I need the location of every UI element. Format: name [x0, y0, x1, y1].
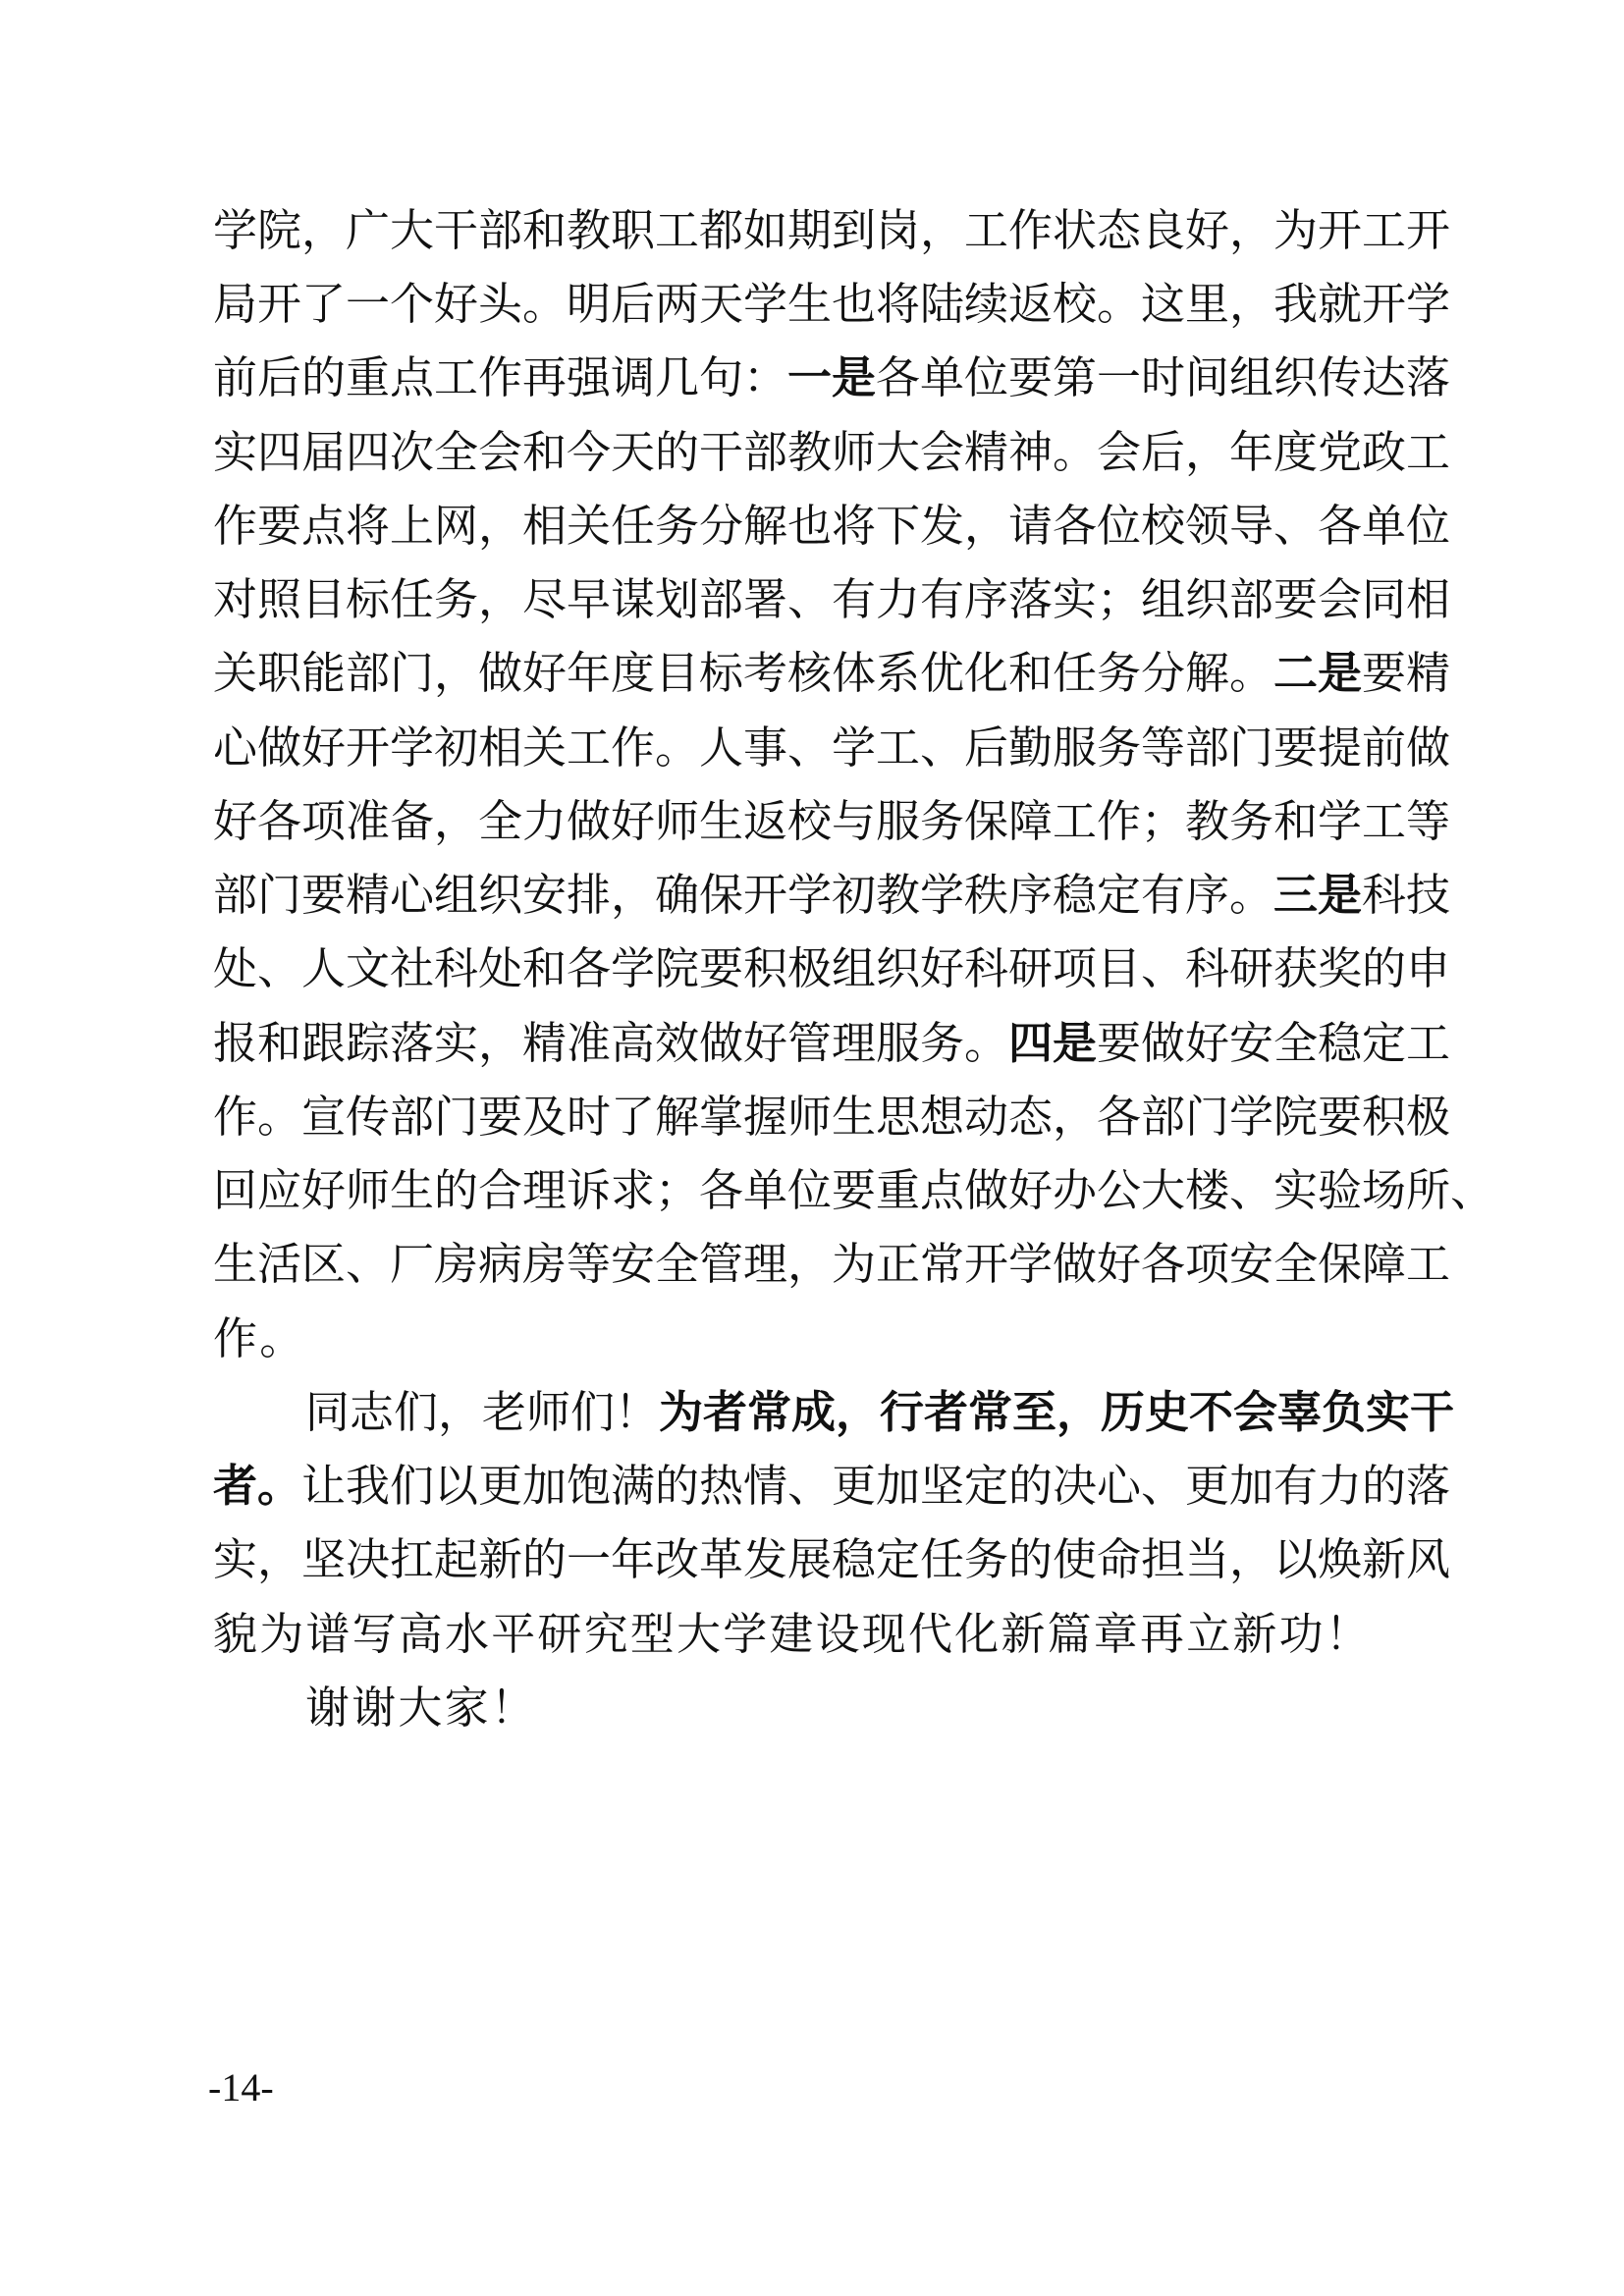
text-run: 关职能部门，做好年度目标考核体系优化和任务分解。 — [213, 647, 1273, 699]
body-line: 对照目标任务，尽早谋划部署、有力有序落实；组织部要会同相 — [213, 570, 1421, 629]
body-line: 实四届四次全会和今天的干部教师大会精神。会后，年度党政工 — [213, 423, 1421, 482]
bold-run-point-four: 四是 — [1008, 1017, 1097, 1069]
text-run: 要做好安全稳定工 — [1097, 1017, 1450, 1069]
body-line: 者。让我们以更加饱满的热情、更加坚定的决心、更加有力的落 — [213, 1457, 1421, 1516]
text-run: 作要点将上网，相关任务分解也将下发，请各位校领导、各单位 — [213, 500, 1450, 552]
text-run: 实，坚决扛起新的一年改革发展稳定任务的使命担当，以焕新风 — [213, 1533, 1450, 1585]
bold-run-quote-end: 者。 — [213, 1460, 301, 1512]
text-run: 生活区、厂房病房等安全管理，为正常开学做好各项安全保障工 — [213, 1238, 1450, 1290]
body-line: 作。宣传部门要及时了解掌握师生思想动态，各部门学院要积极 — [213, 1088, 1421, 1147]
body-line-paragraph-end: 貌为谱写高水平研究型大学建设现代化新篇章再立新功！ — [213, 1605, 1421, 1664]
text-run: 貌为谱写高水平研究型大学建设现代化新篇章再立新功！ — [213, 1608, 1372, 1660]
closing-line: 谢谢大家！ — [305, 1679, 1421, 1737]
body-line: 生活区、厂房病房等安全管理，为正常开学做好各项安全保障工 — [213, 1235, 1421, 1294]
text-run: 要精 — [1362, 647, 1450, 699]
bold-run-quote: 为者常成，行者常至，历史不会辜负实干 — [659, 1386, 1454, 1438]
text-run: 局开了一个好头。明后两天学生也将陆续返校。这里，我就开学 — [213, 278, 1450, 330]
body-line: 心做好开学初相关工作。人事、学工、后勤服务等部门要提前做 — [213, 719, 1421, 777]
text-run: 同志们，老师们！ — [305, 1386, 659, 1438]
text-run: 对照目标任务，尽早谋划部署、有力有序落实；组织部要会同相 — [213, 573, 1450, 625]
body-line: 作要点将上网，相关任务分解也将下发，请各位校领导、各单位 — [213, 497, 1421, 556]
text-run: 让我们以更加饱满的热情、更加坚定的决心、更加有力的落 — [301, 1460, 1450, 1512]
text-run: 心做好开学初相关工作。人事、学工、后勤服务等部门要提前做 — [213, 721, 1450, 774]
body-line: 回应好师生的合理诉求；各单位要重点做好办公大楼、实验场所、 — [213, 1161, 1421, 1220]
body-line: 关职能部门，做好年度目标考核体系优化和任务分解。二是要精 — [213, 644, 1421, 703]
text-run: 前后的重点工作再强调几句： — [213, 351, 787, 403]
text-run: 作。宣传部门要及时了解掌握师生思想动态，各部门学院要积极 — [213, 1091, 1450, 1143]
text-run: 科技 — [1362, 869, 1450, 921]
body-line: 部门要精心组织安排，确保开学初教学秩序稳定有序。三是科技 — [213, 866, 1421, 925]
body-line: 好各项准备，全力做好师生返校与服务保障工作；教务和学工等 — [213, 792, 1421, 851]
body-line: 前后的重点工作再强调几句：一是各单位要第一时间组织传达落 — [213, 348, 1421, 407]
bold-run-point-two: 二是 — [1273, 647, 1362, 699]
body-line: 处、人文社科处和各学院要积极组织好科研项目、科研获奖的申 — [213, 939, 1421, 998]
text-run: 学院，广大干部和教职工都如期到岗，工作状态良好，为开工开 — [213, 204, 1450, 256]
body-line-paragraph-start: 同志们，老师们！为者常成，行者常至，历史不会辜负实干 — [305, 1383, 1421, 1442]
bold-run-point-three: 三是 — [1273, 869, 1362, 921]
body-line: 报和跟踪落实，精准高效做好管理服务。四是要做好安全稳定工 — [213, 1014, 1421, 1073]
text-run: 作。 — [213, 1312, 305, 1364]
bold-run-point-one: 一是 — [787, 351, 876, 403]
text-run: 谢谢大家！ — [305, 1682, 537, 1734]
text-run: 处、人文社科处和各学院要积极组织好科研项目、科研获奖的申 — [213, 942, 1450, 994]
body-line-paragraph-end: 作。 — [213, 1309, 1421, 1368]
text-run: 部门要精心组织安排，确保开学初教学秩序稳定有序。 — [213, 869, 1273, 921]
body-line: 实，坚决扛起新的一年改革发展稳定任务的使命担当，以焕新风 — [213, 1530, 1421, 1589]
text-run: 报和跟踪落实，精准高效做好管理服务。 — [213, 1017, 1008, 1069]
text-run: 回应好师生的合理诉求；各单位要重点做好办公大楼、实验场所、 — [213, 1164, 1494, 1216]
body-line: 学院，广大干部和教职工都如期到岗，工作状态良好，为开工开 — [213, 201, 1421, 260]
text-run: 实四届四次全会和今天的干部教师大会精神。会后，年度党政工 — [213, 426, 1450, 478]
text-run: 各单位要第一时间组织传达落 — [876, 351, 1450, 403]
text-run: 好各项准备，全力做好师生返校与服务保障工作；教务和学工等 — [213, 795, 1450, 847]
document-page: 学院，广大干部和教职工都如期到岗，工作状态良好，为开工开 局开了一个好头。明后两… — [0, 0, 1624, 2296]
body-line: 局开了一个好头。明后两天学生也将陆续返校。这里，我就开学 — [213, 275, 1421, 334]
page-number: -14- — [208, 2065, 274, 2110]
